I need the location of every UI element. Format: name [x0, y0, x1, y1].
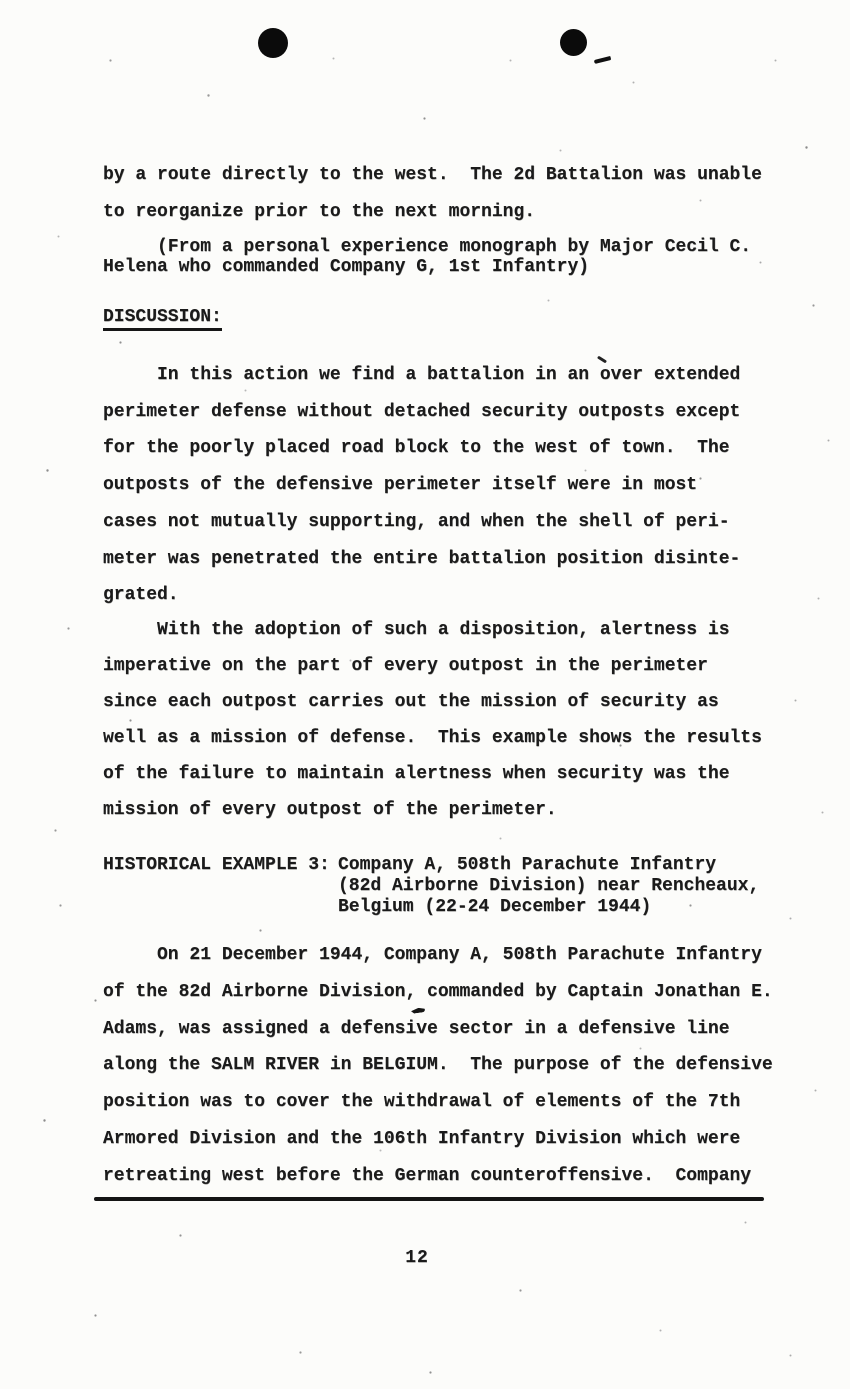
- photocopy-noise-specks: [0, 0, 1, 1]
- text-line: Adams, was assigned a defensive sector i…: [103, 1011, 773, 1048]
- historical-example-title: Company A, 508th Parachute Infantry (82d…: [338, 855, 759, 918]
- paragraph-discussion-2: With the adoption of such a disposition,…: [103, 612, 762, 828]
- page-number: 12: [103, 1248, 731, 1268]
- hole-punch-left: [258, 28, 288, 58]
- text-line: mission of every outpost of the perimete…: [103, 792, 762, 828]
- scanned-document-page: by a route directly to the west. The 2d …: [0, 0, 850, 1389]
- paragraph-example-3: On 21 December 1944, Company A, 508th Pa…: [103, 937, 773, 1195]
- paragraph-discussion-1: In this action we find a battalion in an…: [103, 357, 740, 614]
- text-line: well as a mission of defense. This examp…: [103, 720, 762, 756]
- text-line: With the adoption of such a disposition,…: [103, 612, 762, 648]
- text-line: to reorganize prior to the next morning.: [103, 194, 762, 231]
- historical-example-label: HISTORICAL EXAMPLE 3:: [103, 855, 330, 876]
- text-line: for the poorly placed road block to the …: [103, 430, 740, 467]
- text-line: (82d Airborne Division) near Rencheaux,: [338, 876, 759, 897]
- text-line: Company A, 508th Parachute Infantry: [338, 855, 759, 876]
- text-line: perimeter defense without detached secur…: [103, 394, 740, 431]
- text-line: Helena who commanded Company G, 1st Infa…: [103, 257, 751, 277]
- text-line: by a route directly to the west. The 2d …: [103, 157, 762, 194]
- text-line: grated.: [103, 577, 740, 614]
- ink-flick-mark: [594, 56, 611, 64]
- discussion-heading-label: DISCUSSION:: [103, 307, 222, 331]
- paragraph-intro: by a route directly to the west. The 2d …: [103, 157, 762, 232]
- footer-rule: [94, 1197, 764, 1201]
- text-line: of the failure to maintain alertness whe…: [103, 756, 762, 792]
- text-line: cases not mutually supporting, and when …: [103, 504, 740, 541]
- text-line: outposts of the defensive perimeter itse…: [103, 467, 740, 504]
- discussion-heading: DISCUSSION:: [103, 307, 222, 327]
- text-line: meter was penetrated the entire battalio…: [103, 541, 740, 578]
- text-line: imperative on the part of every outpost …: [103, 648, 762, 684]
- text-line: (From a personal experience monograph by…: [103, 237, 751, 257]
- text-line: In this action we find a battalion in an…: [103, 357, 740, 394]
- text-line: of the 82d Airborne Division, commanded …: [103, 974, 773, 1011]
- text-line: Armored Division and the 106th Infantry …: [103, 1121, 773, 1158]
- text-line: along the SALM RIVER in BELGIUM. The pur…: [103, 1047, 773, 1084]
- text-line: retreating west before the German counte…: [103, 1158, 773, 1195]
- hole-punch-right: [560, 29, 587, 56]
- text-line: since each outpost carries out the missi…: [103, 684, 762, 720]
- text-line: position was to cover the withdrawal of …: [103, 1084, 773, 1121]
- source-citation: (From a personal experience monograph by…: [103, 237, 751, 277]
- text-line: Belgium (22-24 December 1944): [338, 897, 759, 918]
- text-line: On 21 December 1944, Company A, 508th Pa…: [103, 937, 773, 974]
